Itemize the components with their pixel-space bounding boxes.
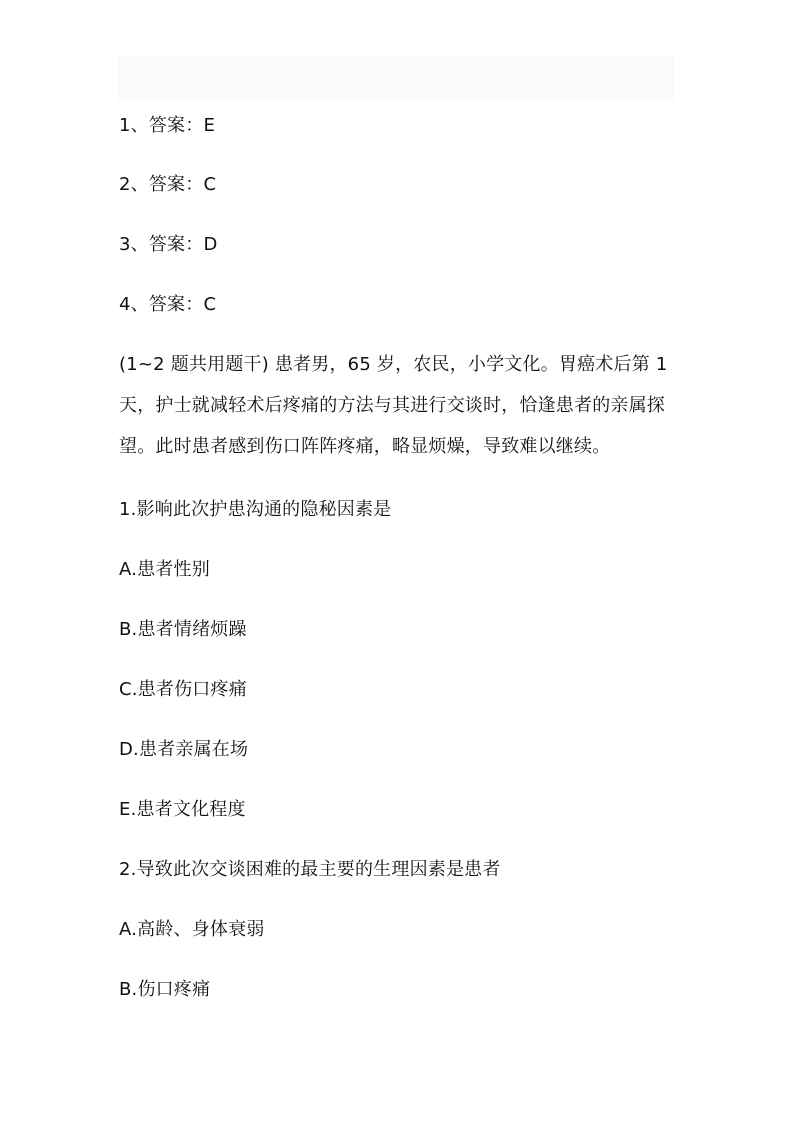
question-1-option-d: D.患者亲属在场 xyxy=(119,729,679,770)
answer-line-4: 4、答案：C xyxy=(119,284,679,325)
question-2-option-b: B.伤口疼痛 xyxy=(119,969,679,1010)
document-page: 1、答案：E 2、答案：C 3、答案：D 4、答案：C (1~2 题共用题干) … xyxy=(0,0,793,1122)
question-1-option-e: E.患者文化程度 xyxy=(119,789,679,830)
question-1-option-a: A.患者性别 xyxy=(119,549,679,590)
answer-line-2: 2、答案：C xyxy=(119,164,679,205)
case-stem-line-1: (1~2 题共用题干) 患者男，65 岁，农民，小学文化。胃癌术后第 1 xyxy=(119,344,679,385)
question-2-stem: 2.导致此次交谈困难的最主要的生理因素是患者 xyxy=(119,849,679,890)
question-1-option-b: B.患者情绪烦躁 xyxy=(119,609,679,650)
question-1-stem: 1.影响此次护患沟通的隐秘因素是 xyxy=(119,489,679,530)
answer-line-1: 1、答案：E xyxy=(119,105,679,146)
question-1-option-c: C.患者伤口疼痛 xyxy=(119,669,679,710)
case-stem-line-2: 天，护士就减轻术后疼痛的方法与其进行交谈时，恰逢患者的亲属探 xyxy=(119,385,679,426)
case-stem-paragraph: (1~2 题共用题干) 患者男，65 岁，农民，小学文化。胃癌术后第 1 天，护… xyxy=(119,344,679,467)
question-2-option-a: A.高龄、身体衰弱 xyxy=(119,909,679,950)
header-band xyxy=(118,56,674,102)
case-stem-line-3: 望。此时患者感到伤口阵阵疼痛，略显烦燥，导致难以继续。 xyxy=(119,426,679,467)
answer-line-3: 3、答案：D xyxy=(119,224,679,265)
